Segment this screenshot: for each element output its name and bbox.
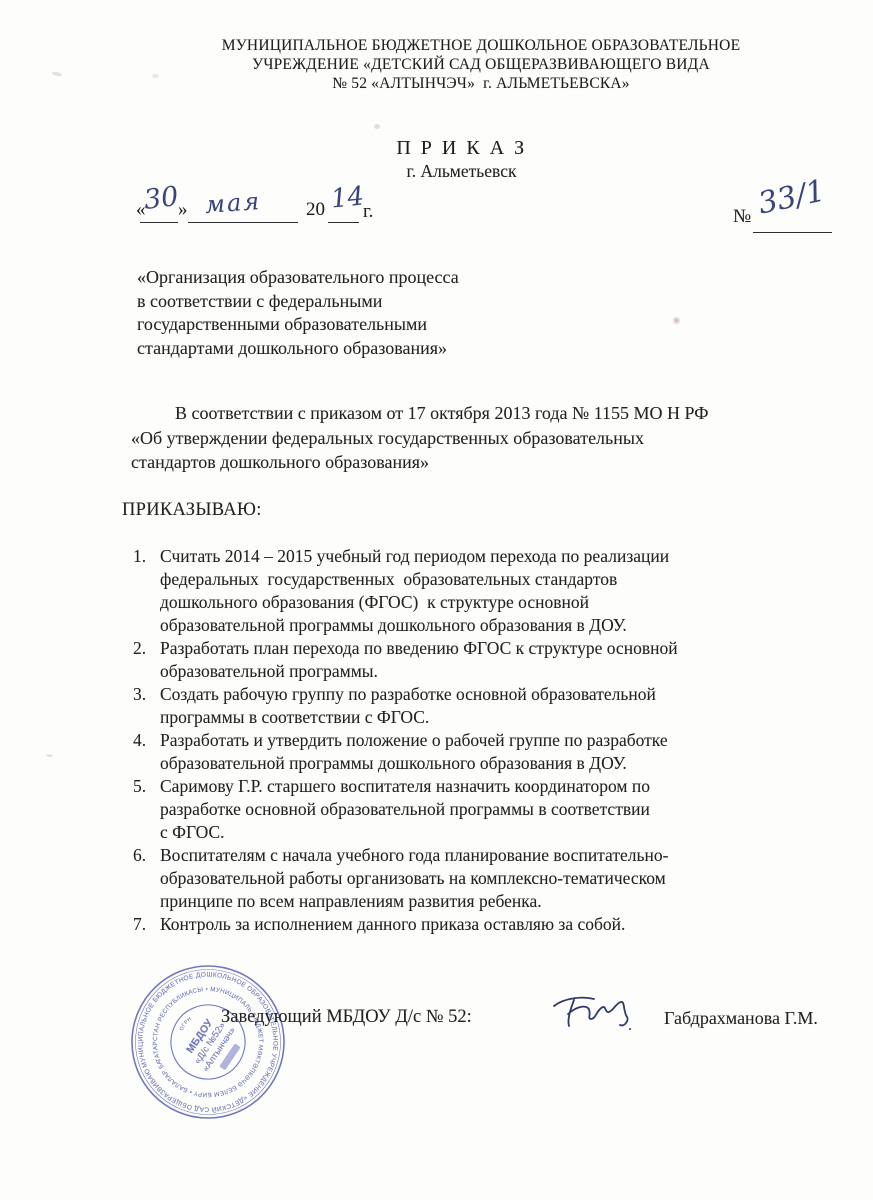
item-line: образовательной работы организовать на к… — [160, 867, 843, 890]
document-page: МУНИЦИПАЛЬНОЕ БЮДЖЕТНОЕ ДОШКОЛЬНОЕ ОБРАЗ… — [0, 0, 873, 1200]
order-items: 1. Считать 2014 – 2015 учебный год перио… — [133, 545, 843, 936]
item-line: Создать рабочую группу по разработке осн… — [160, 683, 843, 706]
subject-line-4: стандартами дошкольного образования» — [137, 337, 459, 361]
item-text: Контроль за исполнением данного приказа … — [160, 913, 843, 936]
scan-artifact — [46, 754, 53, 757]
item-line: Воспитателям с начала учебного года план… — [160, 844, 843, 867]
scan-artifact — [672, 316, 681, 325]
prikazyvayu-heading: ПРИКАЗЫВАЮ: — [122, 500, 262, 521]
intro-paragraph: В соответствии с приказом от 17 октября … — [131, 401, 708, 475]
org-header-line-1: МУНИЦИПАЛЬНОЕ БЮДЖЕТНОЕ ДОШКОЛЬНОЕ ОБРАЗ… — [61, 36, 873, 55]
item-line: принципе по всем направлениям развития р… — [160, 890, 843, 913]
title-block: П Р И К А З г. Альметьевск — [25, 136, 873, 181]
item-line: Разработать и утвердить положение о рабо… — [160, 729, 843, 752]
official-stamp: МУНИЦИПАЛЬНОЕ БЮДЖЕТНОЕ ДОШКОЛЬНОЕ ОБРАЗ… — [104, 938, 312, 1146]
item-text: Создать рабочую группу по разработке осн… — [160, 683, 843, 729]
handwritten-month: мая — [204, 187, 262, 219]
order-item-1: 1. Считать 2014 – 2015 учебный год перио… — [133, 545, 843, 637]
order-item-3: 3. Создать рабочую группу по разработке … — [133, 683, 843, 729]
item-line: разработке основной образовательной прог… — [160, 798, 843, 821]
stamp-graphics: МУНИЦИПАЛЬНОЕ БЮДЖЕТНОЕ ДОШКОЛЬНОЕ ОБРАЗ… — [104, 938, 307, 1144]
intro-line-3: стандартов дошкольного образования» — [131, 450, 708, 475]
org-header-line-2: УЧРЕЖДЕНИЕ «ДЕТСКИЙ САД ОБЩЕРАЗВИВАЮЩЕГО… — [61, 55, 873, 74]
item-number: 4. — [133, 729, 160, 775]
intro-line-2: «Об утверждении федеральных государствен… — [131, 426, 708, 451]
handwritten-year: 14 — [330, 181, 366, 214]
signature-scribble — [550, 988, 650, 1038]
order-item-5: 5. Саримову Г.Р. старшего воспитателя на… — [133, 775, 843, 844]
item-text: Разработать план перехода по введению ФГ… — [160, 637, 843, 683]
item-number: 5. — [133, 775, 160, 844]
order-number: № 33/1 — [728, 190, 858, 250]
item-line: федеральных государственных образователь… — [160, 568, 843, 591]
item-text: Саримову Г.Р. старшего воспитателя назна… — [160, 775, 843, 844]
item-line: образовательной программы дошкольного об… — [160, 614, 843, 637]
subject-line-1: «Организация образовательного процесса — [137, 266, 459, 290]
item-number: 3. — [133, 683, 160, 729]
signature-name: Габдрахманова Г.М. — [664, 1008, 818, 1029]
close-quote: » — [178, 199, 188, 221]
subject-line-2: в соответствии с федеральными — [137, 290, 459, 314]
date-row: « 30 » мая 20 14 г. — [110, 190, 410, 240]
item-line: Саримову Г.Р. старшего воспитателя назна… — [160, 775, 843, 798]
item-line: образовательной программы дошкольного об… — [160, 752, 843, 775]
year-prefix: 20 — [306, 199, 325, 221]
item-text: Считать 2014 – 2015 учебный год периодом… — [160, 545, 843, 637]
item-line: Контроль за исполнением данного приказа … — [160, 913, 843, 936]
item-number: 6. — [133, 844, 160, 913]
document-title: П Р И К А З — [25, 136, 873, 160]
item-line: с ФГОС. — [160, 821, 843, 844]
org-header-line-3: № 52 «АЛТЫНЧЭЧ» г. АЛЬМЕТЬЕВСКА» — [61, 74, 873, 93]
year-era: г. — [363, 201, 373, 223]
item-line: программы в соответствии с ФГОС. — [160, 706, 843, 729]
subject-line-3: государственными образовательными — [137, 313, 459, 337]
intro-line-1: В соответствии с приказом от 17 октября … — [131, 401, 708, 426]
item-line: Разработать план перехода по введению ФГ… — [160, 637, 843, 660]
item-line: дошкольного образования (ФГОС) к структу… — [160, 591, 843, 614]
city-line: г. Альметьевск — [25, 161, 873, 181]
signature-role: Заведующий МБДОУ Д/с № 52: — [221, 1007, 472, 1028]
item-line: Считать 2014 – 2015 учебный год периодом… — [160, 545, 843, 568]
org-header: МУНИЦИПАЛЬНОЕ БЮДЖЕТНОЕ ДОШКОЛЬНОЕ ОБРАЗ… — [61, 36, 873, 93]
order-item-7: 7. Контроль за исполнением данного прика… — [133, 913, 843, 936]
order-item-2: 2. Разработать план перехода по введению… — [133, 637, 843, 683]
order-item-4: 4. Разработать и утвердить положение о р… — [133, 729, 843, 775]
item-number: 2. — [133, 637, 160, 683]
scan-artifact — [374, 124, 380, 129]
handwritten-day: 30 — [142, 181, 180, 216]
order-item-6: 6. Воспитателям с начала учебного года п… — [133, 844, 843, 913]
subject-block: «Организация образовательного процесса в… — [137, 266, 459, 360]
item-text: Разработать и утвердить положение о рабо… — [160, 729, 843, 775]
number-sign: № — [733, 206, 751, 228]
item-number: 1. — [133, 545, 160, 637]
item-text: Воспитателям с начала учебного года план… — [160, 844, 843, 913]
item-line: образовательной программы. — [160, 660, 843, 683]
item-number: 7. — [133, 913, 160, 936]
